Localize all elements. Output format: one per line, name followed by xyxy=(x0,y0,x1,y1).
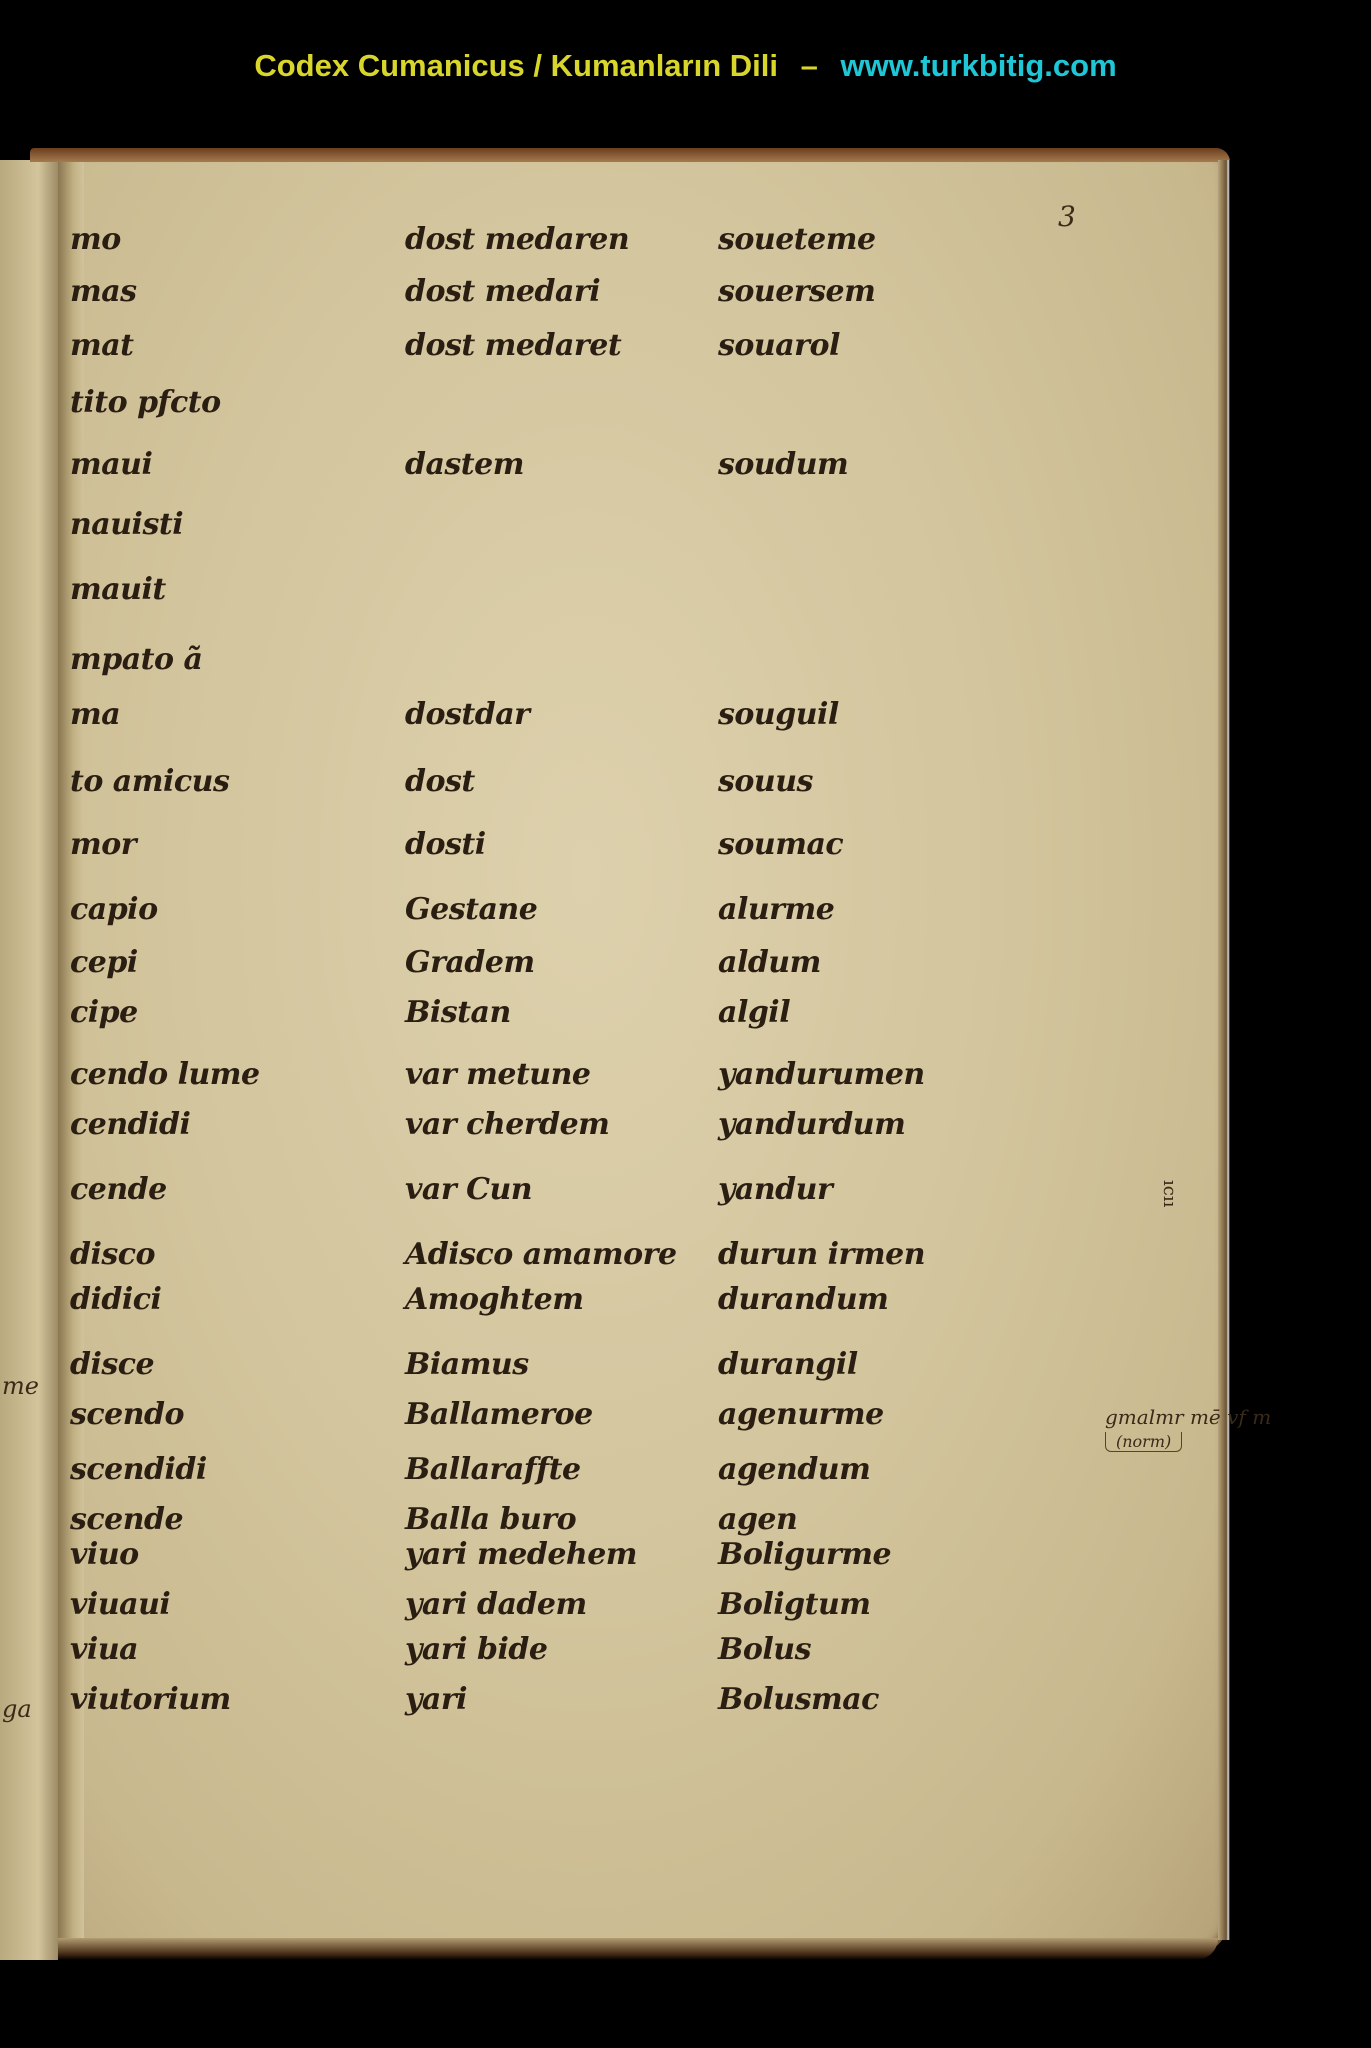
cuman-word: alurme xyxy=(718,892,834,927)
latin-word: ma xyxy=(70,697,120,732)
latin-word: scendo xyxy=(70,1397,184,1432)
cuman-word: yandurumen xyxy=(718,1057,925,1092)
margin-note-bracket: (norm) xyxy=(1105,1432,1182,1452)
cuman-word: souarol xyxy=(718,328,840,363)
persian-word: dosti xyxy=(405,827,486,862)
persian-word: Ballaraffte xyxy=(405,1452,581,1487)
persian-word: var metune xyxy=(405,1057,591,1092)
persian-word: dostdar xyxy=(405,697,529,732)
glossary-row: mauit xyxy=(0,572,1371,622)
latin-word: scende xyxy=(70,1502,183,1537)
persian-word: var Cun xyxy=(405,1172,532,1207)
latin-word: cende xyxy=(70,1172,167,1207)
glossary-row: capioGestanealurme xyxy=(0,892,1371,942)
glossary-row: cendidivar cherdemyandurdum xyxy=(0,1107,1371,1157)
glossary-row: disceBiamusdurangil xyxy=(0,1347,1371,1397)
cuman-word: yandur xyxy=(718,1172,832,1207)
persian-word: Ballameroe xyxy=(405,1397,593,1432)
glossary-row: viuoyari medehemBoligurme xyxy=(0,1537,1371,1587)
cuman-word: Boligtum xyxy=(718,1587,871,1622)
latin-word: cendidi xyxy=(70,1107,190,1142)
glossary-row: viuauiyari dademBoligtum xyxy=(0,1587,1371,1637)
latin-word: to amicus xyxy=(70,764,229,799)
latin-word: viuaui xyxy=(70,1587,170,1622)
left-margin-fragment: ga xyxy=(2,1695,32,1723)
persian-word: dost medari xyxy=(405,274,600,309)
latin-word: disco xyxy=(70,1237,155,1272)
persian-word: dost medaret xyxy=(405,328,621,363)
site-header: Codex Cumanicus / Kumanların Dili – www.… xyxy=(0,48,1371,84)
latin-word: disce xyxy=(70,1347,154,1382)
glossary-row: nauisti xyxy=(0,507,1371,557)
persian-word: Gradem xyxy=(405,945,535,980)
glossary-row: madostdarsouguil xyxy=(0,697,1371,747)
cuman-word: Bolus xyxy=(718,1632,811,1667)
latin-word: tito pfcto xyxy=(70,385,221,420)
cuman-word: durun irmen xyxy=(718,1237,925,1272)
page-top-edge xyxy=(30,148,1230,162)
persian-word: Bistan xyxy=(405,995,511,1030)
cuman-word: durangil xyxy=(718,1347,858,1382)
latin-word: scendidi xyxy=(70,1452,207,1487)
glossary-row: tito pfcto xyxy=(0,385,1371,435)
glossary-row: viutoriumyariBolusmac xyxy=(0,1682,1371,1732)
persian-word: yari bide xyxy=(405,1632,547,1667)
glossary-row: scendidiBallaraffteagendum xyxy=(0,1452,1371,1502)
cuman-word: durandum xyxy=(718,1282,888,1317)
margin-note-vertical: ıcıı xyxy=(1159,1180,1180,1207)
glossary-row: viuayari bideBolus xyxy=(0,1632,1371,1682)
latin-word: mauit xyxy=(70,572,166,607)
glossary-row: masdost medarisouersem xyxy=(0,274,1371,324)
cuman-word: agen xyxy=(718,1502,797,1537)
latin-word: cepi xyxy=(70,945,138,980)
glossary-row: didiciAmoghtemdurandum xyxy=(0,1282,1371,1332)
cuman-word: souersem xyxy=(718,274,875,309)
cuman-word: agendum xyxy=(718,1452,870,1487)
glossary-row: cendo lumevar metuneyandurumen xyxy=(0,1057,1371,1107)
cuman-word: souus xyxy=(718,764,813,799)
persian-word: Amoghtem xyxy=(405,1282,584,1317)
glossary-row: to amicusdostsouus xyxy=(0,764,1371,814)
cuman-word: soudum xyxy=(718,447,848,482)
persian-word: dost xyxy=(405,764,475,799)
latin-word: capio xyxy=(70,892,158,927)
cuman-word: soumac xyxy=(718,827,843,862)
latin-word: cendo lume xyxy=(70,1057,260,1092)
latin-word: mat xyxy=(70,328,134,363)
cuman-word: algil xyxy=(718,995,790,1030)
persian-word: dastem xyxy=(405,447,524,482)
latin-word: cipe xyxy=(70,995,138,1030)
latin-word: maui xyxy=(70,447,152,482)
glossary-row: discoAdisco amamoredurun irmen xyxy=(0,1237,1371,1287)
persian-word: yari dadem xyxy=(405,1587,587,1622)
latin-word: didici xyxy=(70,1282,161,1317)
latin-word: viuo xyxy=(70,1537,139,1572)
glossary-row: mauidastemsoudum xyxy=(0,447,1371,497)
glossary-row: mordostisoumac xyxy=(0,827,1371,877)
persian-word: Adisco amamore xyxy=(405,1237,677,1272)
header-url: www.turkbitig.com xyxy=(841,48,1117,83)
persian-word: Biamus xyxy=(405,1347,529,1382)
persian-word: Gestane xyxy=(405,892,537,927)
header-title: Codex Cumanicus / Kumanların Dili xyxy=(254,48,778,83)
margin-note-inline: gmalmr mē vf m xyxy=(1105,1405,1271,1429)
cuman-word: Bolusmac xyxy=(718,1682,879,1717)
left-margin-fragment: me xyxy=(2,1372,39,1400)
persian-word: dost medaren xyxy=(405,222,629,257)
cuman-word: agenurme xyxy=(718,1397,884,1432)
persian-word: Balla buro xyxy=(405,1502,576,1537)
persian-word: yari xyxy=(405,1682,467,1717)
persian-word: yari medehem xyxy=(405,1537,637,1572)
cuman-word: soueteme xyxy=(718,222,876,257)
latin-word: viua xyxy=(70,1632,138,1667)
latin-word: nauisti xyxy=(70,507,183,542)
header-separator: – xyxy=(801,48,818,83)
persian-word: var cherdem xyxy=(405,1107,609,1142)
cuman-word: souguil xyxy=(718,697,839,732)
cuman-word: yandurdum xyxy=(718,1107,905,1142)
cuman-word: Boligurme xyxy=(718,1537,891,1572)
cuman-word: aldum xyxy=(718,945,821,980)
glossary-row: cepiGrademaldum xyxy=(0,945,1371,995)
latin-word: mor xyxy=(70,827,136,862)
latin-word: mo xyxy=(70,222,121,257)
page-bottom-edge xyxy=(58,1938,1218,1960)
glossary-row: matdost medaretsouarol xyxy=(0,328,1371,378)
latin-word: mpato ã xyxy=(70,642,202,677)
latin-word: viutorium xyxy=(70,1682,231,1717)
glossary-row: mpato ã xyxy=(0,642,1371,692)
latin-word: mas xyxy=(70,274,137,309)
glossary-row: modost medarensoueteme xyxy=(0,222,1371,272)
glossary-row: cipeBistanalgil xyxy=(0,995,1371,1045)
